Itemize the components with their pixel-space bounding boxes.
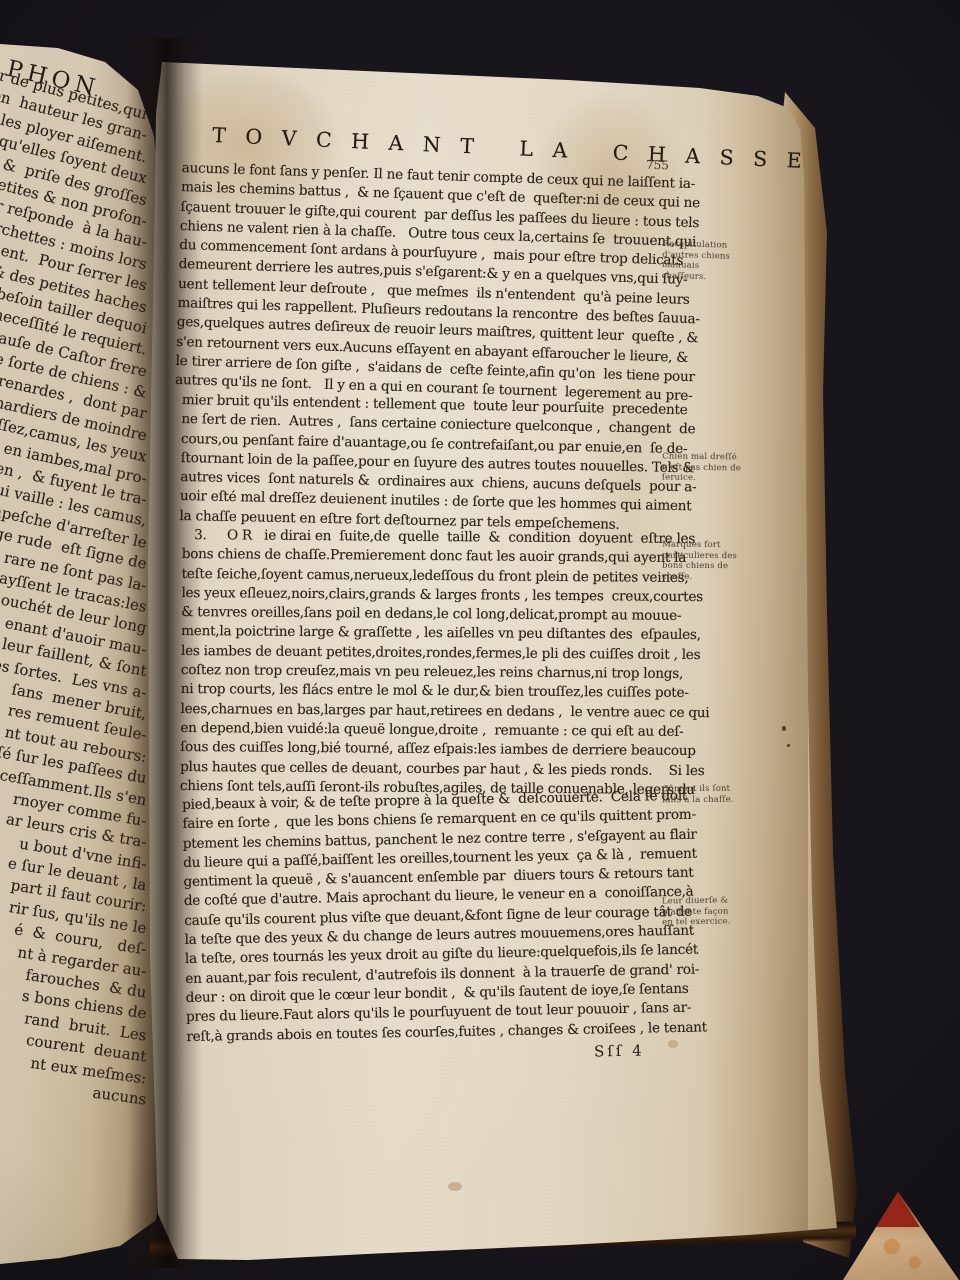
paragraph-continuation: mier bruit qu'ils entendent : tellement … xyxy=(179,392,682,537)
corner-object-red-tip xyxy=(843,1192,959,1227)
paragraph-3: 3. O R ie dirai en ſuite,de quelle taill… xyxy=(180,527,682,801)
book-photograph: PHON uoir de plus petites,quier en haute… xyxy=(0,0,960,1280)
margin-note: Recapitulation d'autres chiens mauuais c… xyxy=(661,239,742,283)
fore-edge-tint xyxy=(704,54,808,1266)
margin-note: Cōment ils ſont faits à la chaſſe. xyxy=(662,784,742,806)
margin-note: Leur diuerſe & plaiſante façon en tel ex… xyxy=(662,895,742,928)
paragraph-3-continued: pied,beaux à voir, & de teſte propre à l… xyxy=(182,788,687,1048)
left-page-text: uoir de plus petites,quier en hauteur le… xyxy=(0,108,156,1113)
paragraph-continuation: aucuns le font ſans y penſer. Il ne faut… xyxy=(175,160,682,407)
ink-speck xyxy=(787,744,790,747)
signature-mark: Sſſ 4 xyxy=(594,1042,645,1061)
ink-speck xyxy=(782,726,786,731)
left-page: PHON uoir de plus petites,quier en haute… xyxy=(0,44,166,1264)
main-text: aucuns le font ſans y penſer. Il ne faut… xyxy=(182,160,682,1048)
stain-spot xyxy=(448,1182,462,1191)
right-page: T O V C H A N T L A C H A S S E 755 aucu… xyxy=(148,54,842,1266)
margin-note: Chien mal dreſſé n'eſt pas chien de ſeru… xyxy=(662,452,742,485)
margin-note: Marques fort particulieres des bons chie… xyxy=(662,540,742,583)
